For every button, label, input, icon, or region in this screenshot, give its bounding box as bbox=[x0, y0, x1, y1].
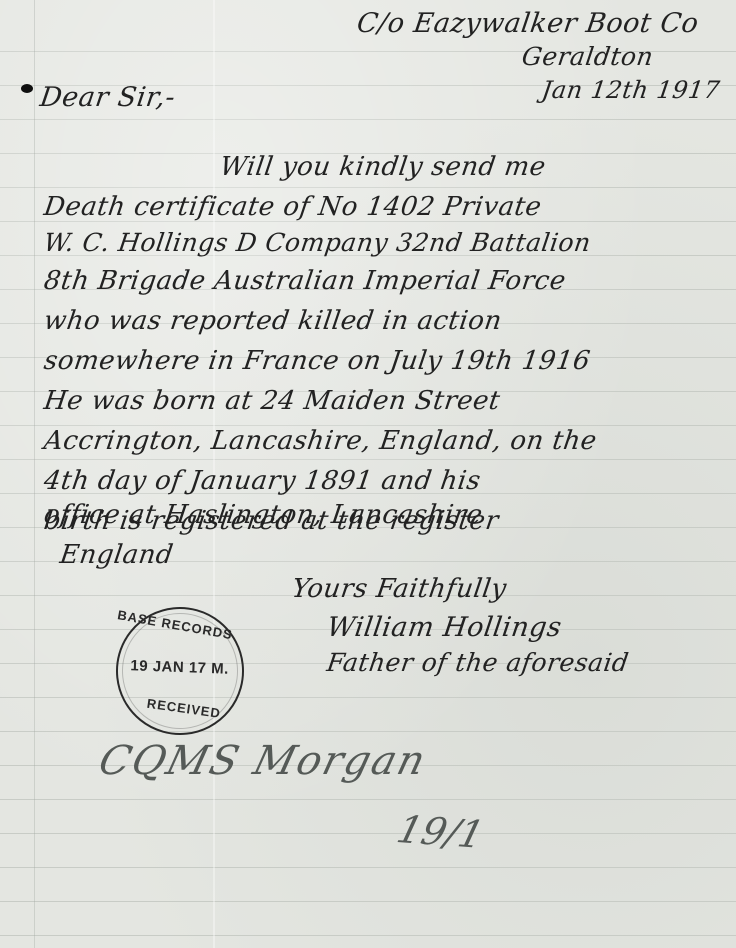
closing: Yours Faithfully bbox=[290, 574, 509, 604]
body-line: office at Haslington, Lancashire bbox=[42, 500, 485, 530]
received-stamp: BASE RECORDS 19 JAN 17 M. RECEIVED bbox=[110, 601, 251, 742]
body-line: England bbox=[58, 540, 175, 570]
sender-address-line2: Geraldton bbox=[520, 42, 655, 71]
salutation: Dear Sir,- bbox=[38, 82, 177, 113]
body-line: 4th day of January 1891 and his bbox=[42, 466, 483, 496]
body-line: 8th Brigade Australian Imperial Force bbox=[42, 266, 568, 296]
body-line: Death certificate of No 1402 Private bbox=[42, 192, 544, 222]
body-line: somewhere in France on July 19th 1916 bbox=[42, 346, 592, 376]
pencil-annotation-name: CQMS Morgan bbox=[94, 738, 431, 784]
letter-date: Jan 12th 1917 bbox=[540, 76, 722, 104]
body-line: who was reported killed in action bbox=[42, 306, 504, 336]
pencil-annotation-date: 19/1 bbox=[393, 807, 489, 856]
body-line: Accrington, Lancashire, England, on the bbox=[42, 426, 599, 456]
margin-rule bbox=[34, 0, 35, 948]
sender-address-line1: C/o Eazywalker Boot Co bbox=[355, 8, 701, 39]
body-line: He was born at 24 Maiden Street bbox=[42, 386, 502, 416]
signature-role: Father of the aforesaid bbox=[325, 648, 631, 677]
punch-hole bbox=[21, 84, 33, 93]
body-line: Will you kindly send me bbox=[218, 152, 548, 182]
body-line: W. C. Hollings D Company 32nd Battalion bbox=[42, 228, 593, 257]
letter-page: C/o Eazywalker Boot Co Geraldton Jan 12t… bbox=[0, 0, 736, 948]
signature: William Hollings bbox=[325, 612, 564, 643]
